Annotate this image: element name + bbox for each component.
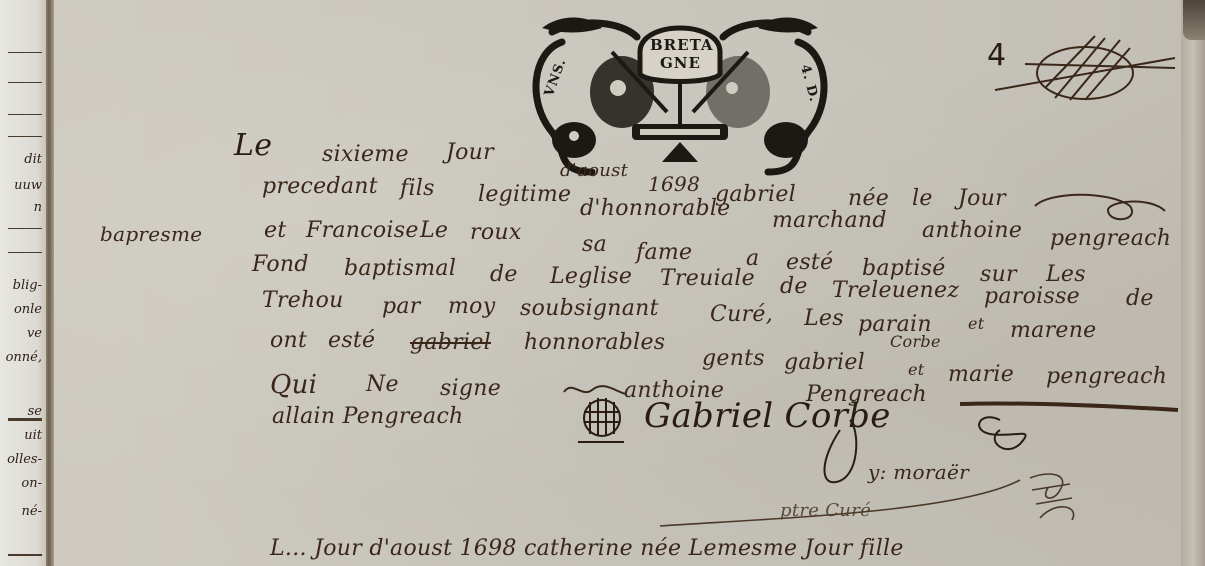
- godfather-name: gabriel: [784, 350, 865, 375]
- word: fils: [400, 176, 435, 201]
- word: par: [382, 294, 421, 319]
- signature-gabriel-corbe: Gabriel Corbe: [644, 396, 891, 436]
- word: Les: [804, 306, 844, 331]
- word: esté: [786, 250, 833, 275]
- ruled-line: [8, 136, 42, 137]
- mark-cross-circle-icon: [576, 394, 626, 446]
- ruled-line: [8, 228, 42, 229]
- margin-fragment: onle: [0, 302, 44, 317]
- word: Qui: [270, 370, 317, 400]
- word: Fond: [252, 252, 309, 277]
- word: Ne: [366, 372, 399, 397]
- word: legitime: [478, 182, 571, 207]
- word: de: [490, 262, 518, 287]
- crossed-out-scribble-icon: [985, 28, 1185, 108]
- person-surname: pengreach: [1050, 226, 1171, 251]
- margin-fragment: ve: [0, 326, 44, 341]
- word: ont: [270, 328, 307, 353]
- margin-fragment: olles-: [0, 452, 44, 467]
- person-surname: pengreach: [1046, 364, 1167, 389]
- ruled-line: [8, 252, 42, 253]
- word: de: [1126, 286, 1154, 311]
- margin-fragment: uit: [0, 428, 44, 443]
- interlinear-insert-corbe: Corbe: [890, 332, 941, 351]
- place-name: Trehou: [262, 288, 344, 313]
- margin-fragment: né-: [0, 504, 44, 519]
- margin-fragment: n: [0, 200, 44, 215]
- signature-priest-title: ptre Curé: [780, 500, 871, 521]
- ruled-line: [8, 114, 42, 115]
- signature-allain-pengreach: allain Pengreach: [272, 404, 464, 429]
- ruled-line: [8, 52, 42, 53]
- record-year: 1698: [648, 172, 700, 196]
- bretagne-tax-stamp: BRETA GNE VNS. 4. D.: [522, 12, 838, 182]
- word: sixieme: [322, 142, 409, 167]
- godmother-name: marie: [948, 362, 1014, 387]
- word: Treuiale: [660, 266, 755, 291]
- word: anthoine: [922, 218, 1022, 243]
- word: d'aoust: [560, 160, 628, 181]
- word: Leglise: [550, 264, 632, 289]
- signature-underline-stroke: [960, 390, 1180, 420]
- struck-out-word: gabriel: [410, 330, 491, 355]
- word: marchand: [772, 208, 887, 233]
- margin-fragment: dit: [0, 152, 44, 167]
- page-edge-right: [1181, 0, 1205, 566]
- page-number: 4: [987, 38, 1006, 73]
- word: et: [264, 218, 286, 243]
- margin-fragment: onné,: [0, 350, 44, 365]
- word: de: [780, 274, 808, 299]
- word: signe: [440, 376, 501, 401]
- word: et: [908, 360, 925, 379]
- tilde-flourish-icon: [560, 378, 630, 402]
- word: et: [968, 314, 985, 333]
- word: roux: [470, 220, 522, 245]
- document-scan: dit uuw n blig- onle ve onné, se uit oll…: [0, 0, 1205, 566]
- word: Le: [234, 128, 272, 163]
- word: paroisse: [984, 284, 1080, 309]
- margin-fragment: se: [0, 404, 44, 419]
- word: honnorables: [524, 330, 665, 355]
- word: Francoise: [306, 218, 419, 243]
- word: precedant: [262, 174, 378, 199]
- ruled-line: [8, 82, 42, 83]
- word: fame: [636, 240, 692, 265]
- page-corner-shadow: [1183, 0, 1205, 40]
- stamp-text-top: BRETA: [650, 36, 714, 54]
- word: d'honnorable: [580, 196, 731, 221]
- line-end-flourish-icon: [1030, 186, 1170, 226]
- next-record-partial: L... Jour d'aoust 1698 catherine née Lem…: [270, 536, 904, 561]
- word: baptismal: [344, 256, 456, 281]
- word: Curé,: [710, 302, 773, 327]
- word: Le: [420, 218, 448, 243]
- signature-priest-name: y: moraër: [868, 460, 969, 484]
- binding-gutter: [46, 0, 54, 566]
- stamp-text-top-2: GNE: [660, 54, 701, 72]
- word: gents: [702, 346, 765, 371]
- word: Jour: [958, 186, 1006, 211]
- word: esté: [328, 328, 375, 353]
- word: sa: [582, 232, 607, 257]
- adjacent-page-left: dit uuw n blig- onle ve onné, se uit oll…: [0, 0, 46, 566]
- word: marene: [1010, 318, 1097, 343]
- word: moy: [448, 294, 495, 319]
- margin-label-bapresme: bapresme: [100, 222, 202, 246]
- margin-fragment: on-: [0, 476, 44, 491]
- margin-fragment: blig-: [0, 278, 44, 293]
- margin-fragment: uuw: [0, 178, 44, 193]
- word: Jour: [446, 140, 494, 165]
- word: le: [912, 186, 933, 211]
- ruled-line: [8, 554, 42, 556]
- word: soubsignant: [520, 296, 659, 321]
- place-name: Treleuenez: [832, 278, 959, 303]
